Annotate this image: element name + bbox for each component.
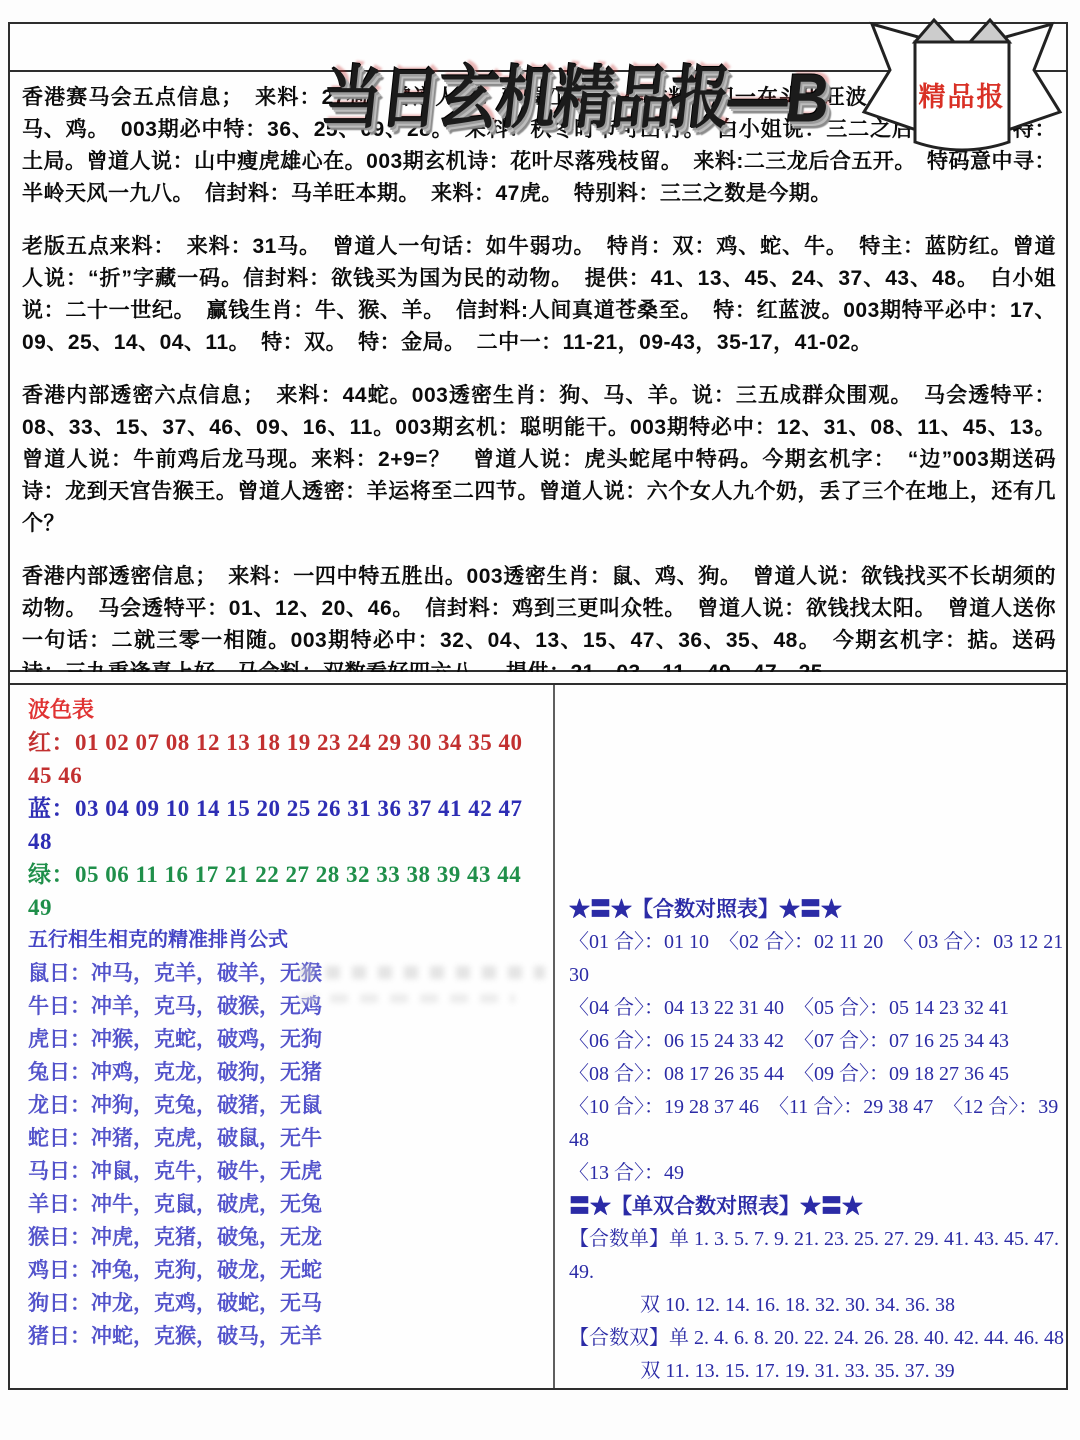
info-paragraph-4: 香港内部透密信息； 来料：一四中特五胜出。003透密生肖：鼠、鸡、狗。 曾道人说… xyxy=(22,561,1056,689)
danshuang-even-line: 【合数双】单 2. 4. 6. 8. 20. 22. 24. 26. 28. 4… xyxy=(569,1322,1066,1355)
wave-blue-label: 蓝： xyxy=(28,796,75,821)
wave-red-numbers: 01 02 07 08 12 13 18 19 23 24 29 30 34 3… xyxy=(28,730,523,788)
hesu-row-2: 〈04 合〉：04 13 22 31 40 〈05 合〉：05 14 23 32… xyxy=(569,992,1066,1025)
zodiac-row-rabbit: 兔日：冲鸡，克龙，破狗，无猪 xyxy=(28,1056,549,1089)
danshuang-odd-line: 【合数单】单 1. 3. 5. 7. 9. 21. 23. 25. 27. 29… xyxy=(569,1223,1066,1289)
erased-watermark-smudge xyxy=(300,994,515,1003)
info-paragraph-2: 老版五点来料： 来料：31马。 曾道人一句话：如牛弱功。 特肖：双：鸡、蛇、牛。… xyxy=(22,231,1056,359)
newspaper-page: 当日玄机精品报—B 精品报 香港赛马会五点信息； 来料：27狗。曾道人说：莽蜀江… xyxy=(0,0,1080,1440)
zodiac-row-dog: 狗日：冲龙，克鸡，破蛇，无马 xyxy=(28,1287,549,1320)
formula-title: 五行相生相克的精准排肖公式 xyxy=(28,924,549,957)
zodiac-row-goat: 羊日：冲牛，克鼠，破虎，无兔 xyxy=(28,1188,549,1221)
danshuang-table-header: 〓★【单双合数对照表】★〓★ xyxy=(569,1190,1066,1223)
zodiac-row-tiger: 虎日：冲猴，克蛇，破鸡，无狗 xyxy=(28,1023,549,1056)
wave-row-red: 红：01 02 07 08 12 13 18 19 23 24 29 30 34… xyxy=(28,726,549,792)
info-paragraph-3: 香港内部透密六点信息； 来料：44蛇。003透密生肖：狗、马、羊。说：三五成群众… xyxy=(22,380,1056,540)
masthead: 当日玄机精品报—B 精品报 xyxy=(10,24,1066,72)
reference-section: 波色表 红：01 02 07 08 12 13 18 19 23 24 29 3… xyxy=(10,685,1066,1388)
erased-watermark-smudge xyxy=(300,966,545,979)
zodiac-row-dragon: 龙日：冲狗，克兔，破猪，无鼠 xyxy=(28,1089,549,1122)
zodiac-row-snake: 蛇日：冲猪，克虎，破鼠，无牛 xyxy=(28,1122,549,1155)
hesu-row-3: 〈06 合〉：06 15 24 33 42 〈07 合〉：07 16 25 34… xyxy=(569,1025,1066,1058)
wave-blue-numbers: 03 04 09 10 14 15 20 25 26 31 36 37 41 4… xyxy=(28,796,523,854)
hesu-row-6: 〈13 合〉：49 xyxy=(569,1157,1066,1190)
wave-red-label: 红： xyxy=(28,730,75,755)
zodiac-row-monkey: 猴日：冲虎，克猪，破兔，无龙 xyxy=(28,1221,549,1254)
masthead-title: 当日玄机精品报—B xyxy=(318,44,888,142)
hesu-row-4: 〈08 合〉：08 17 26 35 44 〈09 合〉：09 18 27 36… xyxy=(569,1058,1066,1091)
danshuang-odd-even-line: 双 10. 12. 14. 16. 18. 32. 30. 34. 36. 38 xyxy=(569,1289,1066,1322)
hesu-table-header: ★〓★【合数对照表】★〓★ xyxy=(569,893,1066,926)
sheet-frame: 当日玄机精品报—B 精品报 香港赛马会五点信息； 来料：27狗。曾道人说：莽蜀江… xyxy=(8,22,1068,1390)
wave-green-numbers: 05 06 11 16 17 21 22 27 28 32 33 38 39 4… xyxy=(28,862,521,920)
zodiac-row-horse: 马日：冲鼠，克牛，破牛，无虎 xyxy=(28,1155,549,1188)
wave-row-green: 绿：05 06 11 16 17 21 22 27 28 32 33 38 39… xyxy=(28,858,549,924)
hesu-row-5: 〈10 合〉：19 28 37 46 〈11 合〉：29 38 47 〈12 合… xyxy=(569,1091,1066,1157)
divider-strip xyxy=(10,672,1066,685)
wave-row-blue: 蓝：03 04 09 10 14 15 20 25 26 31 36 37 41… xyxy=(28,792,549,858)
zodiac-row-pig: 猪日：冲蛇，克猴，破马，无羊 xyxy=(28,1320,549,1353)
zodiac-row-rooster: 鸡日：冲兔，克狗，破龙，无蛇 xyxy=(28,1254,549,1287)
hesu-row-1: 〈01 合〉：01 10 〈02 合〉：02 11 20 〈 03 合〉：03 … xyxy=(569,926,1066,992)
danshuang-even-even-line: 双 11. 13. 15. 17. 19. 31. 33. 35. 37. 39 xyxy=(569,1355,1066,1388)
ribbon-banner-icon: 精品报 xyxy=(858,10,1066,162)
badge-label: 精品报 xyxy=(919,81,1006,112)
wave-table-title: 波色表 xyxy=(28,693,549,726)
wave-and-formula-column: 波色表 红：01 02 07 08 12 13 18 19 23 24 29 3… xyxy=(10,685,555,1388)
wave-green-label: 绿： xyxy=(28,862,75,887)
sum-tables-column: ★〓★【合数对照表】★〓★ 〈01 合〉：01 10 〈02 合〉：02 11 … xyxy=(555,685,1066,1388)
